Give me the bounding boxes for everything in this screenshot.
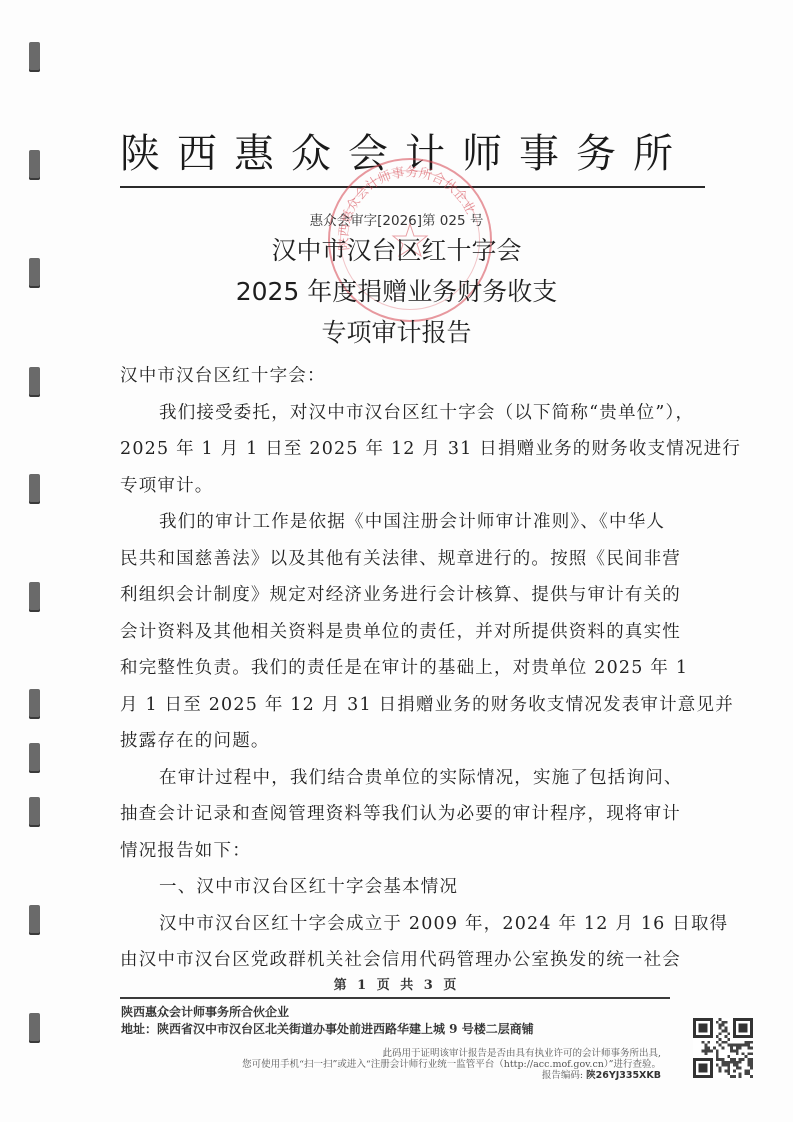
body-line: 情况报告如下：: [120, 833, 690, 870]
body-line: 月 1 日至 2025 年 12 月 31 日捐赠业务的财务收支情况发表审计意见…: [120, 687, 690, 724]
body-line: 专项审计。: [120, 468, 690, 505]
body-line: 2025 年 1 月 1 日至 2025 年 12 月 31 日捐赠业务的财务收…: [120, 431, 690, 468]
page-indicator: 第 1 页 共 3 页: [0, 974, 793, 993]
body-line: 汉中市汉台区红十字会：: [120, 358, 690, 395]
verify-code-label: 报告编码:: [542, 1070, 583, 1081]
verify-code-row: 报告编码: 陕26YJ335XKB: [242, 1070, 661, 1081]
binding-hole: [29, 905, 40, 935]
report-title-line3: 专项审计报告: [0, 313, 793, 349]
body-line: 披露存在的问题。: [120, 723, 690, 760]
verify-line-2: 您可使用手机“扫一扫”或进入“注册会计师行业统一监管平台（http://acc.…: [242, 1059, 661, 1070]
firm-letterhead: 陕西惠众会计师事务所: [120, 122, 710, 179]
binding-hole: [29, 743, 40, 773]
body-line: 我们的审计工作是依据《中国注册会计师审计准则》、《中华人: [120, 504, 690, 541]
body-line: 民共和国慈善法》以及其他有关法律、规章进行的。按照《民间非营: [120, 541, 690, 578]
body-line: 一、汉中市汉台区红十字会基本情况: [120, 869, 690, 906]
binding-hole: [29, 367, 40, 397]
body-line: 和完整性负责。我们的责任是在审计的基础上，对贵单位 2025 年 1: [120, 650, 690, 687]
verify-code: 陕26YJ335XKB: [586, 1070, 661, 1081]
report-body: 汉中市汉台区红十字会：我们接受委托，对汉中市汉台区红十字会（以下简称“贵单位”）…: [120, 358, 690, 979]
binding-hole: [29, 1013, 40, 1043]
binding-hole: [29, 42, 40, 72]
footer-address: 地址：陕西省汉中市汉台区北关街道办事处前进西路华建上城 9 号楼二层商铺: [121, 1020, 534, 1037]
body-line: 汉中市汉台区红十字会成立于 2009 年，2024 年 12 月 16 日取得: [120, 906, 690, 943]
body-line: 利组织会计制度》规定对经济业务进行会计核算、提供与审计有关的: [120, 577, 690, 614]
body-line: 抽查会计记录和查阅管理资料等我们认为必要的审计程序，现将审计: [120, 796, 690, 833]
footer-rule: [120, 997, 670, 999]
header-rule: [120, 186, 705, 188]
verify-line-1: 此码用于证明该审计报告是否由具有执业许可的会计师事务所出具,: [242, 1048, 661, 1059]
footer-firm-name: 陕西惠众会计师事务所合伙企业: [121, 1003, 289, 1020]
body-line: 在审计过程中，我们结合贵单位的实际情况，实施了包括询问、: [120, 760, 690, 797]
binding-hole: [29, 474, 40, 504]
binding-hole: [29, 689, 40, 719]
document-number: 惠众会审字[2026]第 025 号: [0, 209, 793, 229]
binding-hole: [29, 582, 40, 612]
qr-code-icon[interactable]: [693, 1018, 753, 1078]
report-title-line1: 汉中市汉台区红十字会: [0, 231, 793, 267]
body-line: 会计资料及其他相关资料是贵单位的责任，并对所提供资料的真实性: [120, 614, 690, 651]
report-title-line2: 2025 年度捐赠业务财务收支: [0, 272, 793, 308]
binding-hole: [29, 150, 40, 180]
binding-hole: [29, 797, 40, 827]
verification-note: 此码用于证明该审计报告是否由具有执业许可的会计师事务所出具, 您可使用手机“扫一…: [242, 1048, 661, 1081]
body-line: 我们接受委托，对汉中市汉台区红十字会（以下简称“贵单位”），: [120, 395, 690, 432]
